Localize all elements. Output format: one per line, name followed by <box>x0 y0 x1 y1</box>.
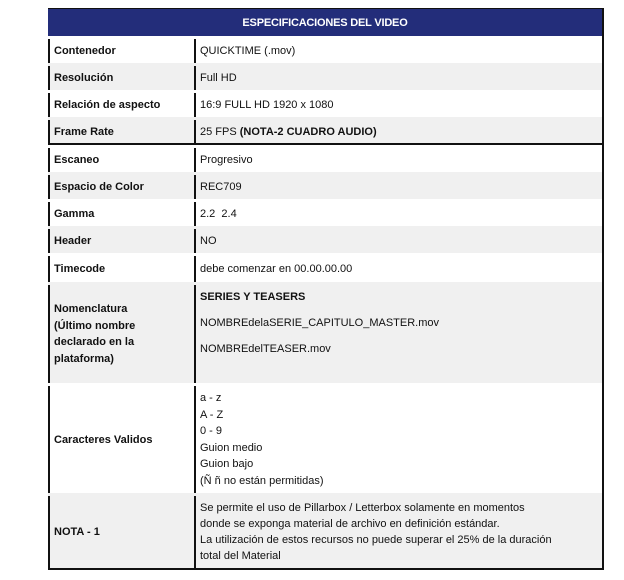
row-value: QUICKTIME (.mov) <box>194 39 602 63</box>
row-label: Espacio de Color <box>48 175 194 199</box>
table-row: Caracteres Validos a - z A - Z 0 - 9 Gui… <box>48 383 602 493</box>
nomenclature-heading: SERIES Y TEASERS <box>200 291 305 303</box>
row-value: a - z A - Z 0 - 9 Guion medio Guion bajo… <box>194 386 602 493</box>
row-label: Caracteres Validos <box>48 386 194 493</box>
row-value: SERIES Y TEASERS NOMBREdelaSERIE_CAPITUL… <box>194 285 602 383</box>
row-label: Resolución <box>48 66 194 90</box>
row-value: 25 FPS (NOTA-2 CUADRO AUDIO) <box>194 120 602 143</box>
row-label: Contenedor <box>48 39 194 63</box>
table-row: Espacio de Color REC709 <box>48 172 602 199</box>
row-value: Se permite el uso de Pillarbox / Letterb… <box>194 496 602 568</box>
table-row: Nomenclatura (Último nombre declarado en… <box>48 282 602 383</box>
frame-rate-value: 25 FPS <box>200 126 240 138</box>
row-value: debe comenzar en 00.00.00.00 <box>194 256 602 282</box>
table-title: ESPECIFICACIONES DEL VIDEO <box>48 8 602 36</box>
table-row: Header NO <box>48 226 602 253</box>
row-value: REC709 <box>194 175 602 199</box>
table-row: NOTA - 1 Se permite el uso de Pillarbox … <box>48 493 602 568</box>
row-label: NOTA - 1 <box>48 496 194 568</box>
row-label: Gamma <box>48 202 194 226</box>
table-row: Contenedor QUICKTIME (.mov) <box>48 36 602 63</box>
table-row: Resolución Full HD <box>48 63 602 90</box>
row-label: Timecode <box>48 256 194 282</box>
frame-rate-note: (NOTA-2 CUADRO AUDIO) <box>240 126 377 138</box>
row-value: Progresivo <box>194 148 602 172</box>
nomenclature-example: NOMBREdelTEASER.mov <box>200 343 331 355</box>
nomenclature-example: NOMBREdelaSERIE_CAPITULO_MASTER.mov <box>200 317 439 329</box>
row-label: Frame Rate <box>48 120 194 143</box>
row-value: 2.2 2.4 <box>194 202 602 226</box>
row-label: Header <box>48 229 194 253</box>
table-row: Escaneo Progresivo <box>48 145 602 172</box>
table-row: Timecode debe comenzar en 00.00.00.00 <box>48 253 602 282</box>
row-value: Full HD <box>194 66 602 90</box>
video-specs-table: ESPECIFICACIONES DEL VIDEO Contenedor QU… <box>48 8 604 570</box>
table-row: Gamma 2.2 2.4 <box>48 199 602 226</box>
row-label: Nomenclatura (Último nombre declarado en… <box>48 285 194 383</box>
table-row: Relación de aspecto 16:9 FULL HD 1920 x … <box>48 90 602 117</box>
row-label: Relación de aspecto <box>48 93 194 117</box>
row-label: Escaneo <box>48 148 194 172</box>
table-row: Frame Rate 25 FPS (NOTA-2 CUADRO AUDIO) <box>48 117 602 145</box>
row-value: NO <box>194 229 602 253</box>
row-value: 16:9 FULL HD 1920 x 1080 <box>194 93 602 117</box>
